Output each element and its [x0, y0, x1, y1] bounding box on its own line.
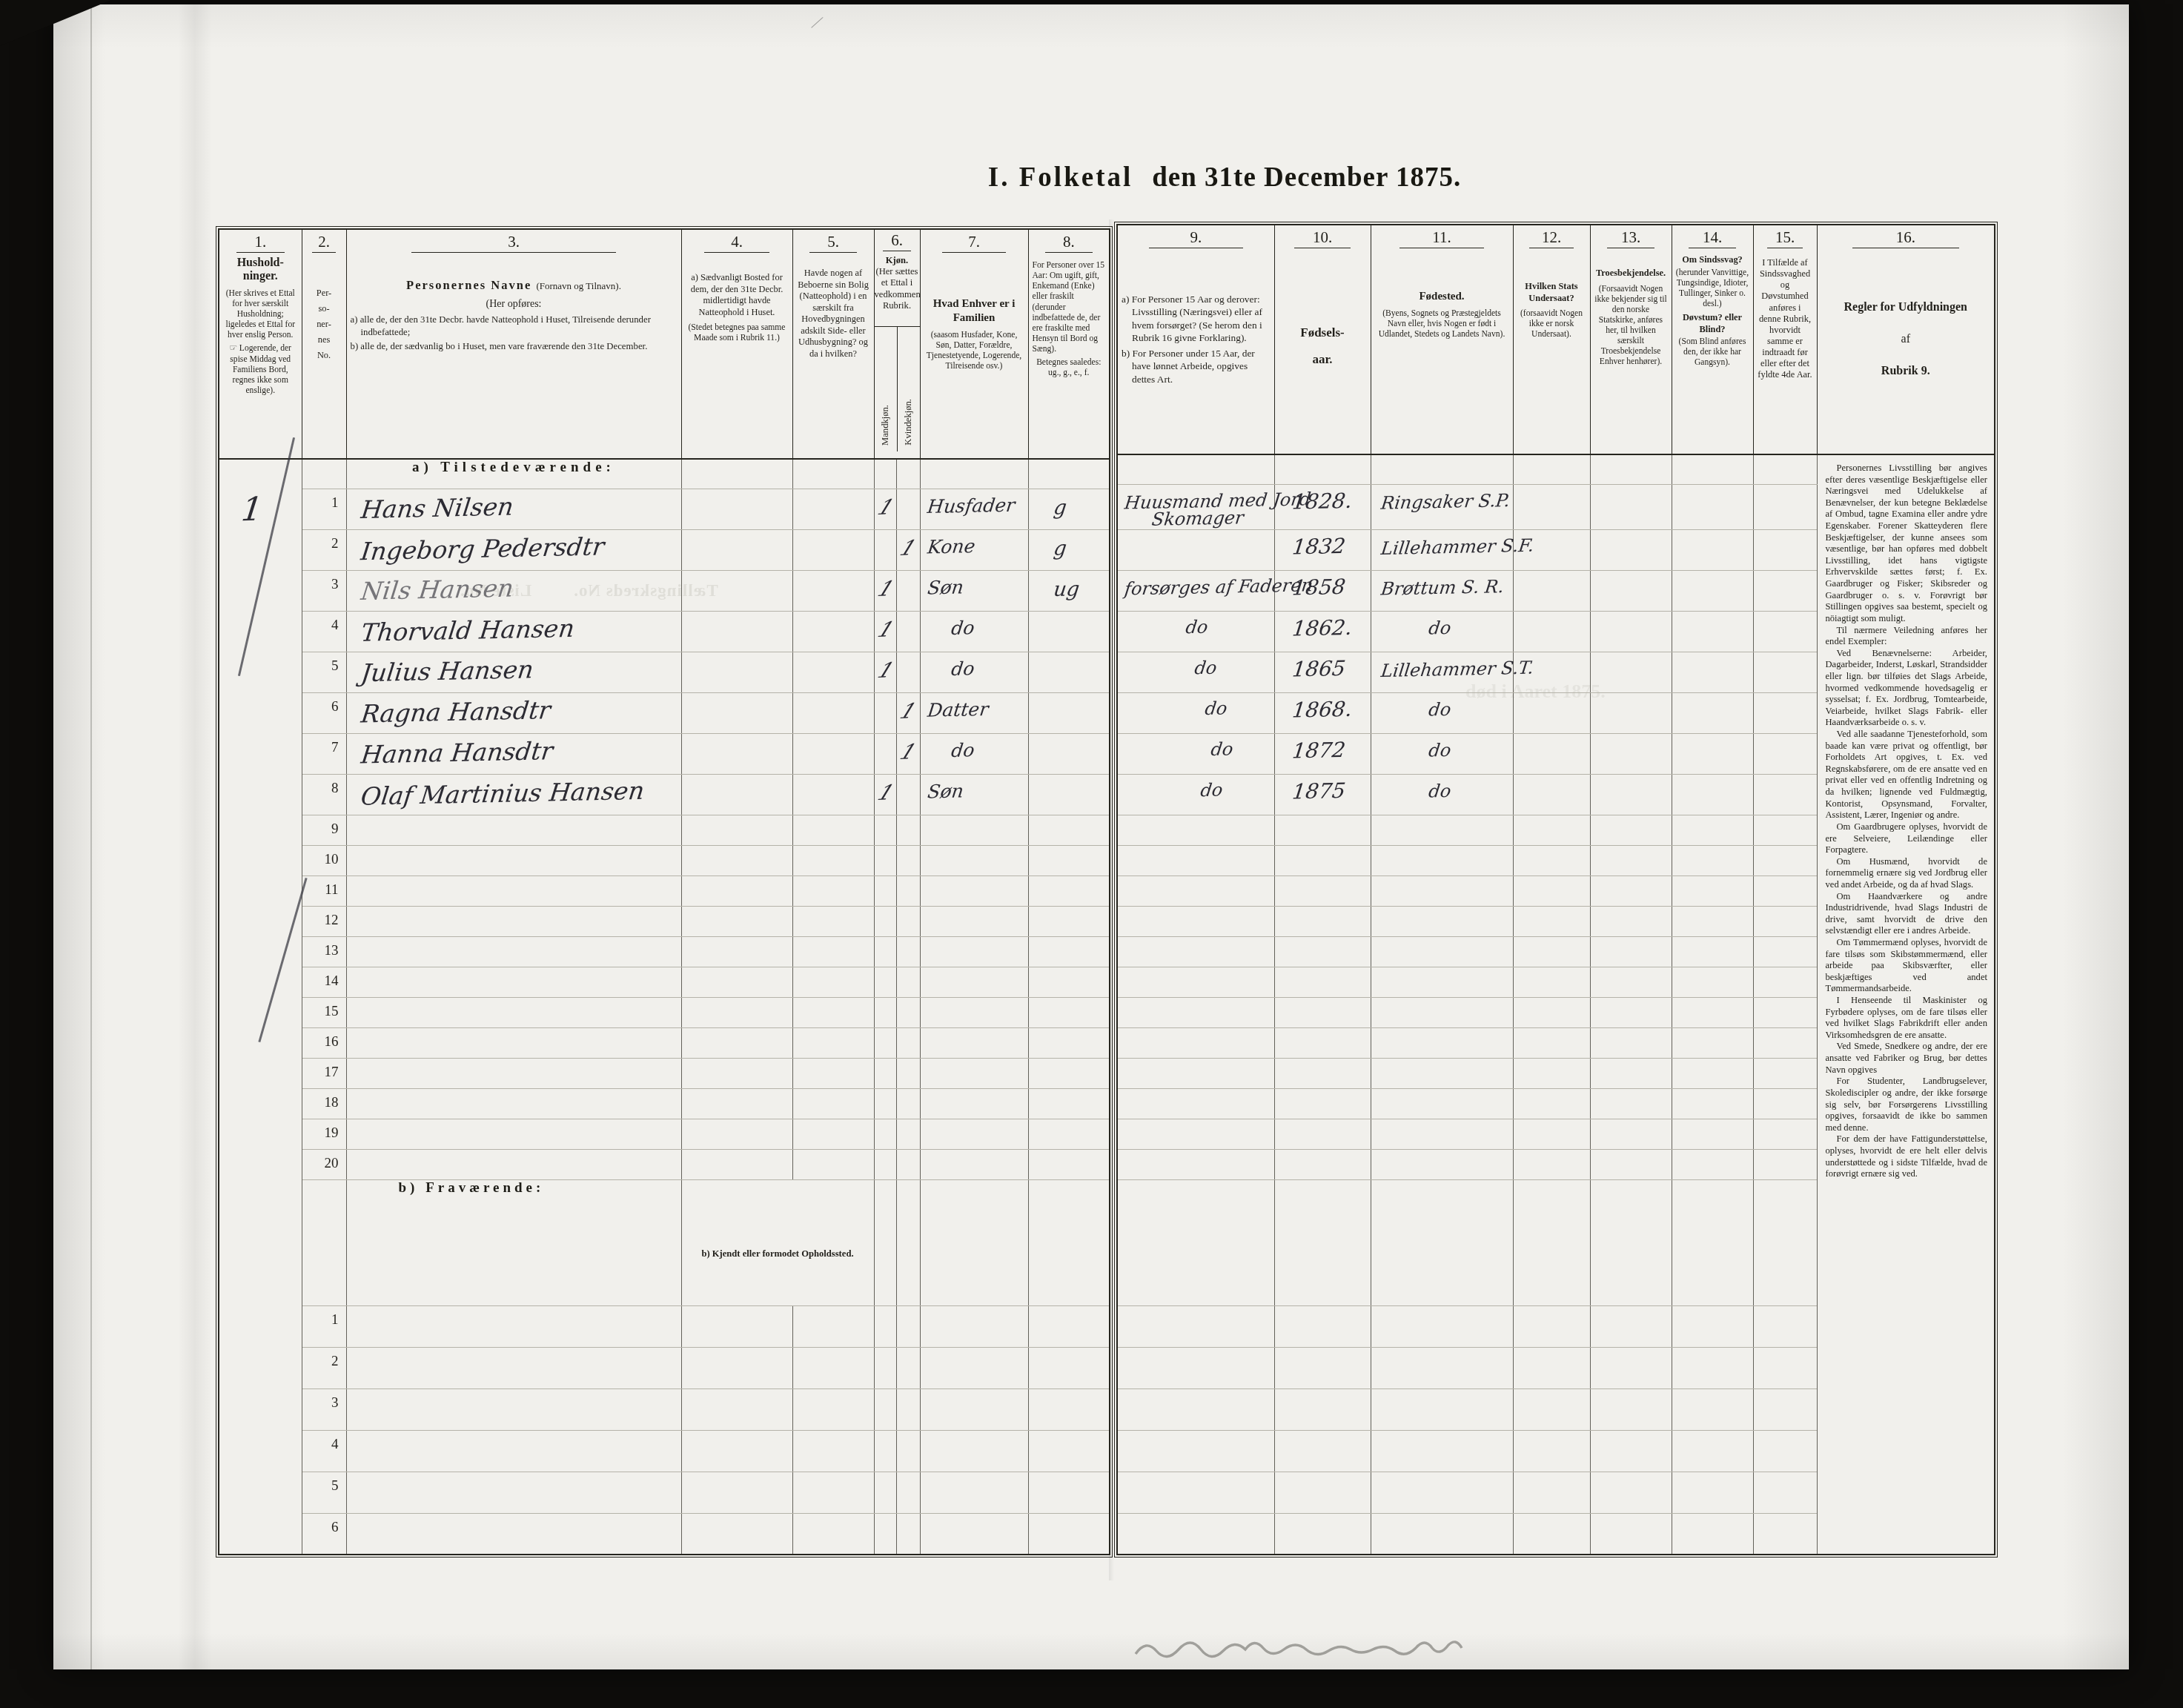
kvindekjon-label: Kvindekjøn. [903, 399, 914, 446]
cell-name: Ragna Hansdtr [346, 692, 681, 733]
cell-birth-year: 1865 [1274, 652, 1371, 692]
cell-name: Julius Hansen [346, 652, 681, 692]
person-row: 8 Olaf Martinius Hansen 1 Søn [219, 774, 1110, 815]
cell-udhus [792, 611, 874, 652]
cell-person-no: 2 [302, 529, 346, 570]
cell-bosted [681, 774, 792, 815]
cell-female-tick [896, 570, 920, 611]
empty-row: 17 [219, 1058, 1110, 1088]
cell-birth-year: 1832 [1274, 529, 1371, 570]
col-header-personernes-no: 2. Per-so- ner-nes No. [302, 229, 346, 459]
cell-occupation: forsørges af Faderen [1117, 570, 1274, 611]
cell-name: Hanna Hansdtr [346, 733, 681, 774]
title-section-number: I. Folketal [988, 162, 1133, 193]
cell-female-tick [896, 489, 920, 529]
cell-male-tick: 1 [874, 652, 896, 692]
cell-marital-status: ug [1028, 570, 1110, 611]
page-edge [90, 4, 92, 1669]
section-b-row: b) Fraværende: b) Kjendt eller formodet … [219, 1179, 1110, 1305]
mandkjon-label: Mandkjøn. [880, 405, 891, 446]
pencil-mark: ⁄ [813, 12, 821, 34]
cell-person-no: 18 [302, 1088, 346, 1119]
col-header-udhusbygning: 5. Havde nogen af Beboerne sin Bolig (Na… [792, 229, 874, 459]
absent-row: 5 [219, 1472, 1110, 1513]
cell-female-tick [896, 652, 920, 692]
cell-male-tick [874, 692, 896, 733]
cell-marital-status [1028, 692, 1110, 733]
col-header-kjon: 6. Kjøn. (Her sættes et Ettal i vedkomme… [874, 229, 920, 459]
col-header-regler: 16. Regler for Udfyldningen af Rubrik 9. [1817, 225, 1995, 454]
section-b-subheader-cell: b) Kjendt eller formodet Opholdssted. [681, 1179, 874, 1305]
cell-udhus [792, 570, 874, 611]
cell-udhus [792, 652, 874, 692]
cell-person-no: 12 [302, 906, 346, 936]
col-header-familiestilling: 7. Hvad Enhver er i Familien (saasom Hus… [920, 229, 1028, 459]
section-b-label: b) Fraværende: [347, 1180, 545, 1216]
cell-marital-status [1028, 611, 1110, 652]
cell-marital-status [1028, 652, 1110, 692]
cell-person-no: 4 [302, 611, 346, 652]
cell-name: Ingeborg Pedersdtr [346, 529, 681, 570]
cell-person-no: 3 [302, 570, 346, 611]
cell-udhus [792, 529, 874, 570]
empty-row: 9 [219, 815, 1110, 845]
cell-bosted [681, 733, 792, 774]
cell-male-tick: 1 [874, 489, 896, 529]
cell-female-tick [896, 611, 920, 652]
cell-bosted [681, 570, 792, 611]
empty-row: 11 [219, 875, 1110, 906]
empty-row: 14 [219, 967, 1110, 997]
household-column: 1 [219, 459, 302, 1555]
cell-bosted [681, 529, 792, 570]
cell-female-tick: 1 [896, 733, 920, 774]
cell-empty [874, 459, 896, 489]
cell-udhus [792, 733, 874, 774]
cell-male-tick [874, 733, 896, 774]
absent-row: 1 [219, 1305, 1110, 1347]
col-header-livsstilling: 9. a) For Personer 15 Aar og derover: Li… [1117, 225, 1274, 454]
col-header-husholdninger: 1. Hushold-ninger. (Her skrives et Ettal… [219, 229, 302, 459]
cell-person-no: 6 [302, 692, 346, 733]
cell-occupation: do [1117, 652, 1274, 692]
cell-birth-place: do [1371, 733, 1513, 774]
cell-female-tick [896, 774, 920, 815]
absent-row: 4 [219, 1430, 1110, 1472]
cell-birth-year: 1875 [1274, 774, 1371, 815]
cell-male-tick: 1 [874, 611, 896, 652]
person-row: 6 Ragna Hansdtr 1 Datter [219, 692, 1110, 733]
empty-row: 18 [219, 1088, 1110, 1119]
household-bracket-stroke [258, 878, 307, 1042]
col-header-fodested: 11. Fødested. (Byens, Sognets og Præsteg… [1371, 225, 1513, 454]
cell-occupation: do [1117, 733, 1274, 774]
paper-crease [178, 4, 212, 1669]
cell-female-tick: 1 [896, 692, 920, 733]
empty-row: 12 [219, 906, 1110, 936]
cell-family-position: Søn [920, 774, 1028, 815]
cell-birth-place: do [1371, 611, 1513, 652]
cell-bosted [681, 652, 792, 692]
cell-family-position: do [920, 652, 1028, 692]
person-row: 7 Hanna Hansdtr 1 do [219, 733, 1110, 774]
empty-row: 20 [219, 1149, 1110, 1179]
cell-name: Olaf Martinius Hansen [346, 774, 681, 815]
cell-empty [302, 459, 346, 489]
person-row: 4 Thorvald Hansen 1 do [219, 611, 1110, 652]
cell-person-no: 3 [302, 1388, 346, 1430]
cell-marital-status: g [1028, 489, 1110, 529]
cell-male-tick: 1 [874, 774, 896, 815]
col-header-troesbekjendelse: 13. Troesbekjendelse. (Forsaavidt Nogen … [1590, 225, 1672, 454]
empty-row: 16 [219, 1027, 1110, 1058]
absent-row: 6 [219, 1513, 1110, 1555]
cell-person-no: 13 [302, 936, 346, 967]
empty-row: 13 [219, 936, 1110, 967]
person-row: 2 Ingeborg Pedersdtr 1 Kone g [219, 529, 1110, 570]
person-row: 5 Julius Hansen 1 do [219, 652, 1110, 692]
cell-udhus [792, 692, 874, 733]
cell-name: Thorvald Hansen [346, 611, 681, 652]
person-row: 3 Nils Hansen 1 Søn ug [219, 570, 1110, 611]
cell-person-no: 15 [302, 997, 346, 1027]
scanned-census-page: I. Folketalden 31te December 1875. Tælli… [53, 4, 2129, 1669]
section-b-label-cell: b) Fraværende: [346, 1179, 681, 1305]
cell-birth-year: 1858 [1274, 570, 1371, 611]
title-date: den 31te December 1875. [1152, 162, 1461, 193]
cell-female-tick: 1 [896, 529, 920, 570]
cell-birth-year: 1828. [1274, 484, 1371, 529]
cell-marital-status [1028, 774, 1110, 815]
section-a-label: a) Tilstedeværende: [346, 459, 681, 489]
cell-birth-place: do [1371, 774, 1513, 815]
cell-person-no: 6 [302, 1513, 346, 1555]
page-title: I. Folketalden 31te December 1875. [906, 162, 1543, 193]
census-table-left: 1. Hushold-ninger. (Her skrives et Ettal… [218, 228, 1110, 1555]
col-header-bosted: 4. a) Sædvanligt Bosted for dem, der den… [681, 229, 792, 459]
cell-person-no: 5 [302, 652, 346, 692]
col-header-statsundersaat: 12. Hvilken Stats Undersaat? (forsaavidt… [1513, 225, 1590, 454]
cell-empty [792, 459, 874, 489]
pencil-scribble [1132, 1635, 1606, 1665]
cell-person-no: 1 [302, 1305, 346, 1347]
cell-person-no: 4 [302, 1430, 346, 1472]
cell-person-no: 7 [302, 733, 346, 774]
cell-person-no: 8 [302, 774, 346, 815]
cell-occupation: do [1117, 692, 1274, 733]
cell-bosted [681, 692, 792, 733]
cell-male-tick: 1 [874, 570, 896, 611]
cell-udhus [792, 774, 874, 815]
rubrik-9-instructions: Personernes Livsstilling bør angives eft… [1818, 455, 1995, 1180]
household-number: 1 [239, 491, 265, 529]
cell-person-no: 19 [302, 1119, 346, 1149]
cell-person-no: 14 [302, 967, 346, 997]
cell-empty [681, 459, 792, 489]
cell-marital-status: g [1028, 529, 1110, 570]
cell-family-position: Husfader [920, 489, 1028, 529]
col-header-navne: 3. Personernes Navne (Fornavn og Tilnavn… [346, 229, 681, 459]
cell-empty [896, 459, 920, 489]
cell-occupation: do [1117, 774, 1274, 815]
absent-row: 2 [219, 1347, 1110, 1388]
cell-person-no: 16 [302, 1027, 346, 1058]
person-row: 1 Hans Nilsen 1 Husfader g [219, 489, 1110, 529]
empty-row: 15 [219, 997, 1110, 1027]
section-a-row: 1 a) Tilstedeværende: [219, 459, 1110, 489]
cell-family-position: do [920, 611, 1028, 652]
cell-birth-place: Lillehammer S.T. [1371, 652, 1513, 692]
cell-person-no: 20 [302, 1149, 346, 1179]
cell-birth-year: 1868. [1274, 692, 1371, 733]
cell-birth-year: 1872 [1274, 733, 1371, 774]
cell-empty [1028, 459, 1110, 489]
cell-birth-place: Lillehammer S.F. [1371, 529, 1513, 570]
header-row-left: 1. Hushold-ninger. (Her skrives et Ettal… [219, 229, 1110, 459]
cell-person-no: 11 [302, 875, 346, 906]
cell-family-position: Søn [920, 570, 1028, 611]
cell-birth-place: do [1371, 692, 1513, 733]
cell-name: Nils Hansen [346, 570, 681, 611]
empty-row: 19 [219, 1119, 1110, 1149]
cell-udhus [792, 489, 874, 529]
cell-family-position: Datter [920, 692, 1028, 733]
cell-occupation: do [1117, 611, 1274, 652]
cell-marital-status [1028, 733, 1110, 774]
col-header-sindssvag: 14. Om Sindssvag? (herunder Vanvittige, … [1672, 225, 1753, 454]
cell-person-no: 10 [302, 845, 346, 875]
household-bracket-stroke [238, 437, 295, 676]
cell-empty [920, 459, 1028, 489]
cell-person-no: 5 [302, 1472, 346, 1513]
cell-birth-year: 1862. [1274, 611, 1371, 652]
empty-row: 10 [219, 845, 1110, 875]
cell-birth-place: Brøttum S. R. [1371, 570, 1513, 611]
cell-person-no: 1 [302, 489, 346, 529]
cell-family-position: Kone [920, 529, 1028, 570]
cell-person-no: 9 [302, 815, 346, 845]
section-a-row-right: Personernes Livsstilling bør angives eft… [1117, 454, 1995, 484]
cell-occupation [1117, 529, 1274, 570]
cell-male-tick [874, 529, 896, 570]
census-table-right: 9. a) For Personer 15 Aar og derover: Li… [1116, 224, 1995, 1555]
cell-bosted [681, 489, 792, 529]
absent-row: 3 [219, 1388, 1110, 1430]
col-header-civilstand: 8. For Personer over 15 Aar: Om ugift, g… [1028, 229, 1110, 459]
col-header-fodselsaar: 10. Fødsels-aar. [1274, 225, 1371, 454]
opholdssted-subheader: b) Kjendt eller formodet Opholdssted. [682, 1180, 874, 1260]
cell-birth-place: Ringsaker S.P. [1371, 484, 1513, 529]
cell-bosted [681, 611, 792, 652]
header-row-right: 9. a) For Personer 15 Aar og derover: Li… [1117, 225, 1995, 454]
cell-person-no: 17 [302, 1058, 346, 1088]
rules-column: Personernes Livsstilling bør angives eft… [1817, 454, 1995, 1555]
cell-family-position: do [920, 733, 1028, 774]
cell-person-no: 2 [302, 1347, 346, 1388]
col-header-indtraadt-alder: 15. I Tilfælde af Sindssvaghed og Døvstu… [1753, 225, 1817, 454]
cell-occupation: Huusmand med JordSkomager [1117, 484, 1274, 529]
cell-name: Hans Nilsen [346, 489, 681, 529]
